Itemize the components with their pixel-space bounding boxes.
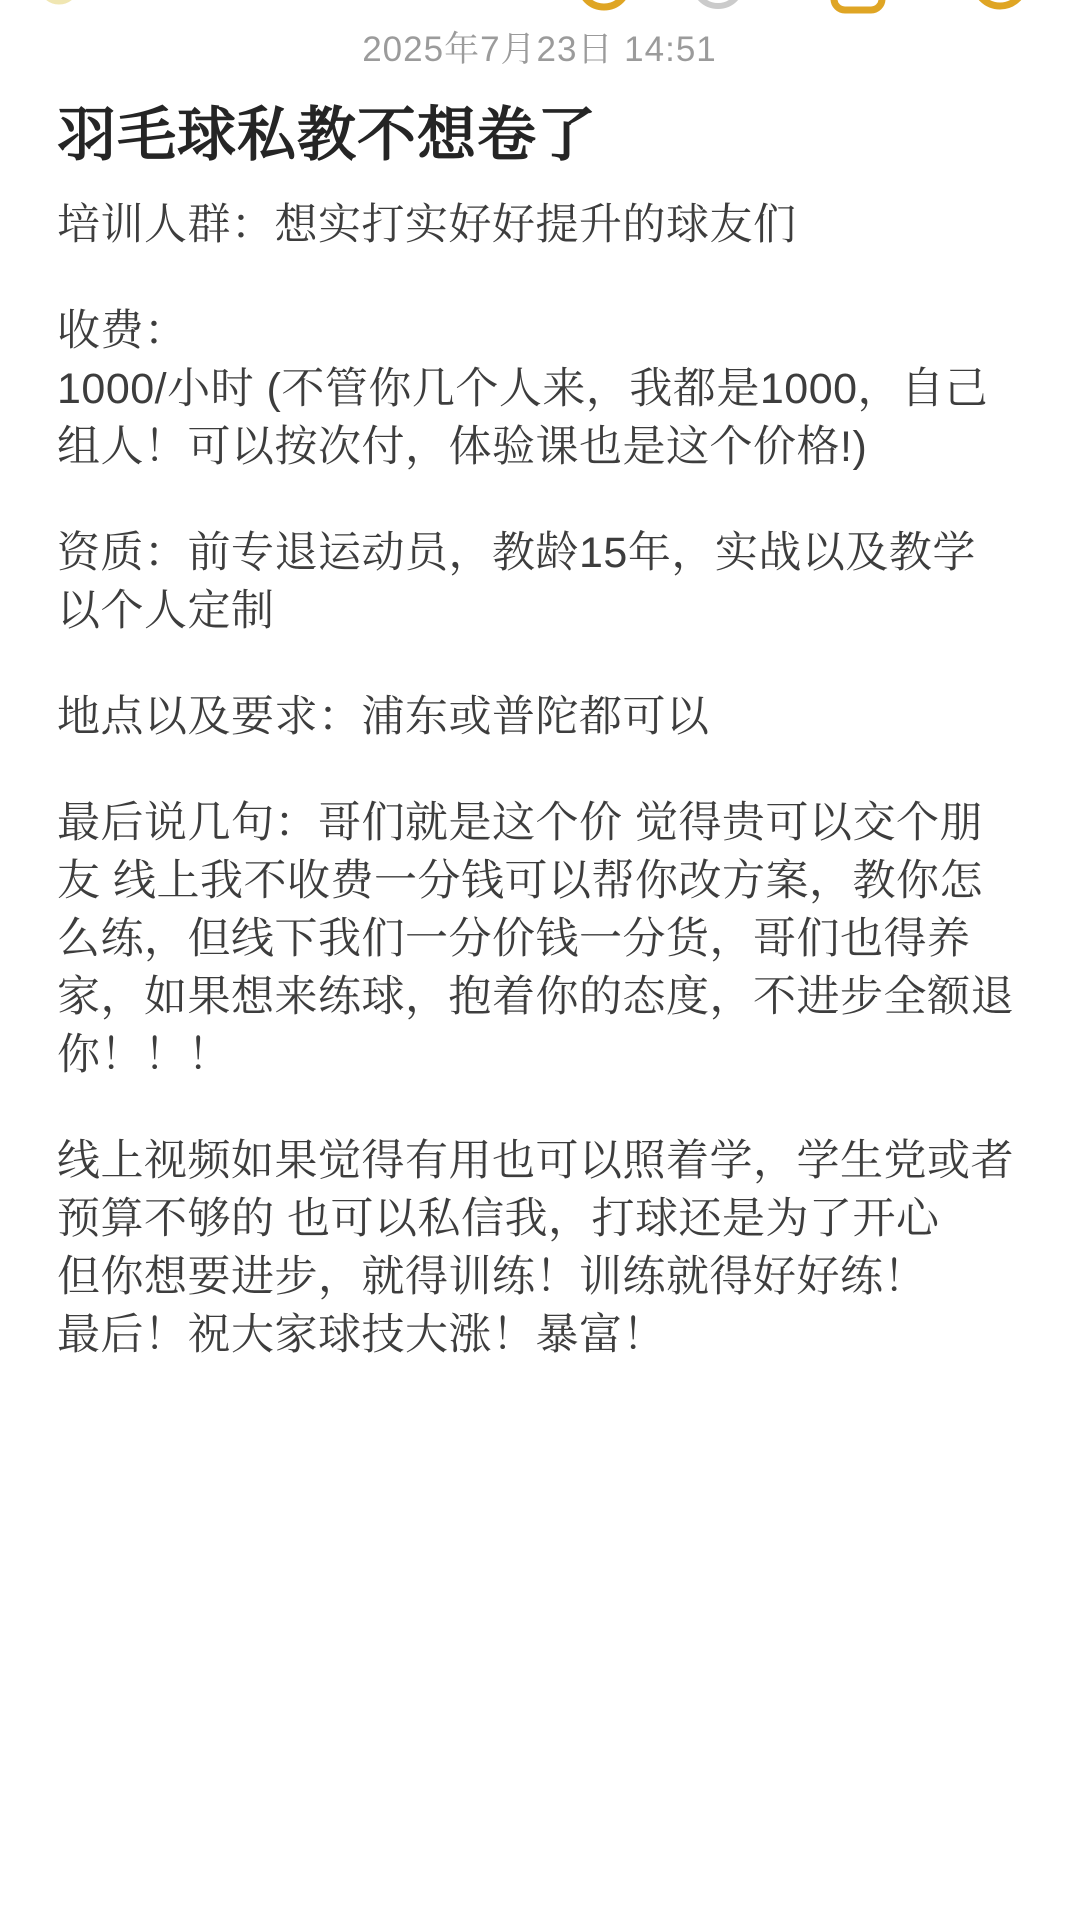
text-line: 组人！可以按次付，体验课也是这个价格!) xyxy=(57,418,1029,476)
paragraph-qualifications: 资质：前专退运动员，教龄15年，实战以及教学 以个人定制 xyxy=(57,524,1029,640)
text-line: 预算不够的 也可以私信我，打球还是为了开心 xyxy=(57,1190,1029,1248)
note-page: 2025年7月23日 14:51 羽毛球私教不想卷了 培训人群：想实打实好好提升… xyxy=(0,0,1079,1364)
text-line: 资质：前专退运动员，教龄15年，实战以及教学 xyxy=(57,524,1029,582)
paragraph-pricing: 收费： 1000/小时 (不管你几个人来，我都是1000，自己 组人！可以按次付… xyxy=(57,302,1029,476)
note-body[interactable]: 培训人群：想实打实好好提升的球友们 收费： 1000/小时 (不管你几个人来，我… xyxy=(57,196,1029,1364)
paragraph-online-video: 线上视频如果觉得有用也可以照着学，学生党或者 预算不够的 也可以私信我，打球还是… xyxy=(57,1132,1029,1364)
text-line: 最后！祝大家球技大涨！暴富！ xyxy=(57,1306,1029,1364)
note-timestamp: 2025年7月23日 14:51 xyxy=(0,30,1079,70)
text-line: 1000/小时 (不管你几个人来，我都是1000，自己 xyxy=(57,360,1029,418)
text-line: 最后说几句：哥们就是这个价 觉得贵可以交个朋 xyxy=(57,794,1029,852)
text-line: 收费： xyxy=(57,302,1029,360)
text-line: 家，如果想来练球，抱着你的态度，不进步全额退 xyxy=(57,968,1029,1026)
text-line: 线上视频如果觉得有用也可以照着学，学生党或者 xyxy=(57,1132,1029,1190)
text-line: 以个人定制 xyxy=(57,582,1029,640)
text-line: 么练，但线下我们一分价钱一分货，哥们也得养 xyxy=(57,910,1029,968)
note-title: 羽毛球私教不想卷了 xyxy=(57,100,1022,170)
text-line: 你！！！ xyxy=(57,1026,1029,1084)
text-line: 友 线上我不收费一分钱可以帮你改方案，教你怎 xyxy=(57,852,1029,910)
paragraph-final-words: 最后说几句：哥们就是这个价 觉得贵可以交个朋 友 线上我不收费一分钱可以帮你改方… xyxy=(57,794,1029,1084)
paragraph-location: 地点以及要求：浦东或普陀都可以 xyxy=(57,688,1029,746)
paragraph-audience: 培训人群：想实打实好好提升的球友们 xyxy=(57,196,1029,254)
text-line: 培训人群：想实打实好好提升的球友们 xyxy=(57,196,1029,254)
text-line: 但你想要进步，就得训练！训练就得好好练！ xyxy=(57,1248,1029,1306)
text-line: 地点以及要求：浦东或普陀都可以 xyxy=(57,688,1029,746)
